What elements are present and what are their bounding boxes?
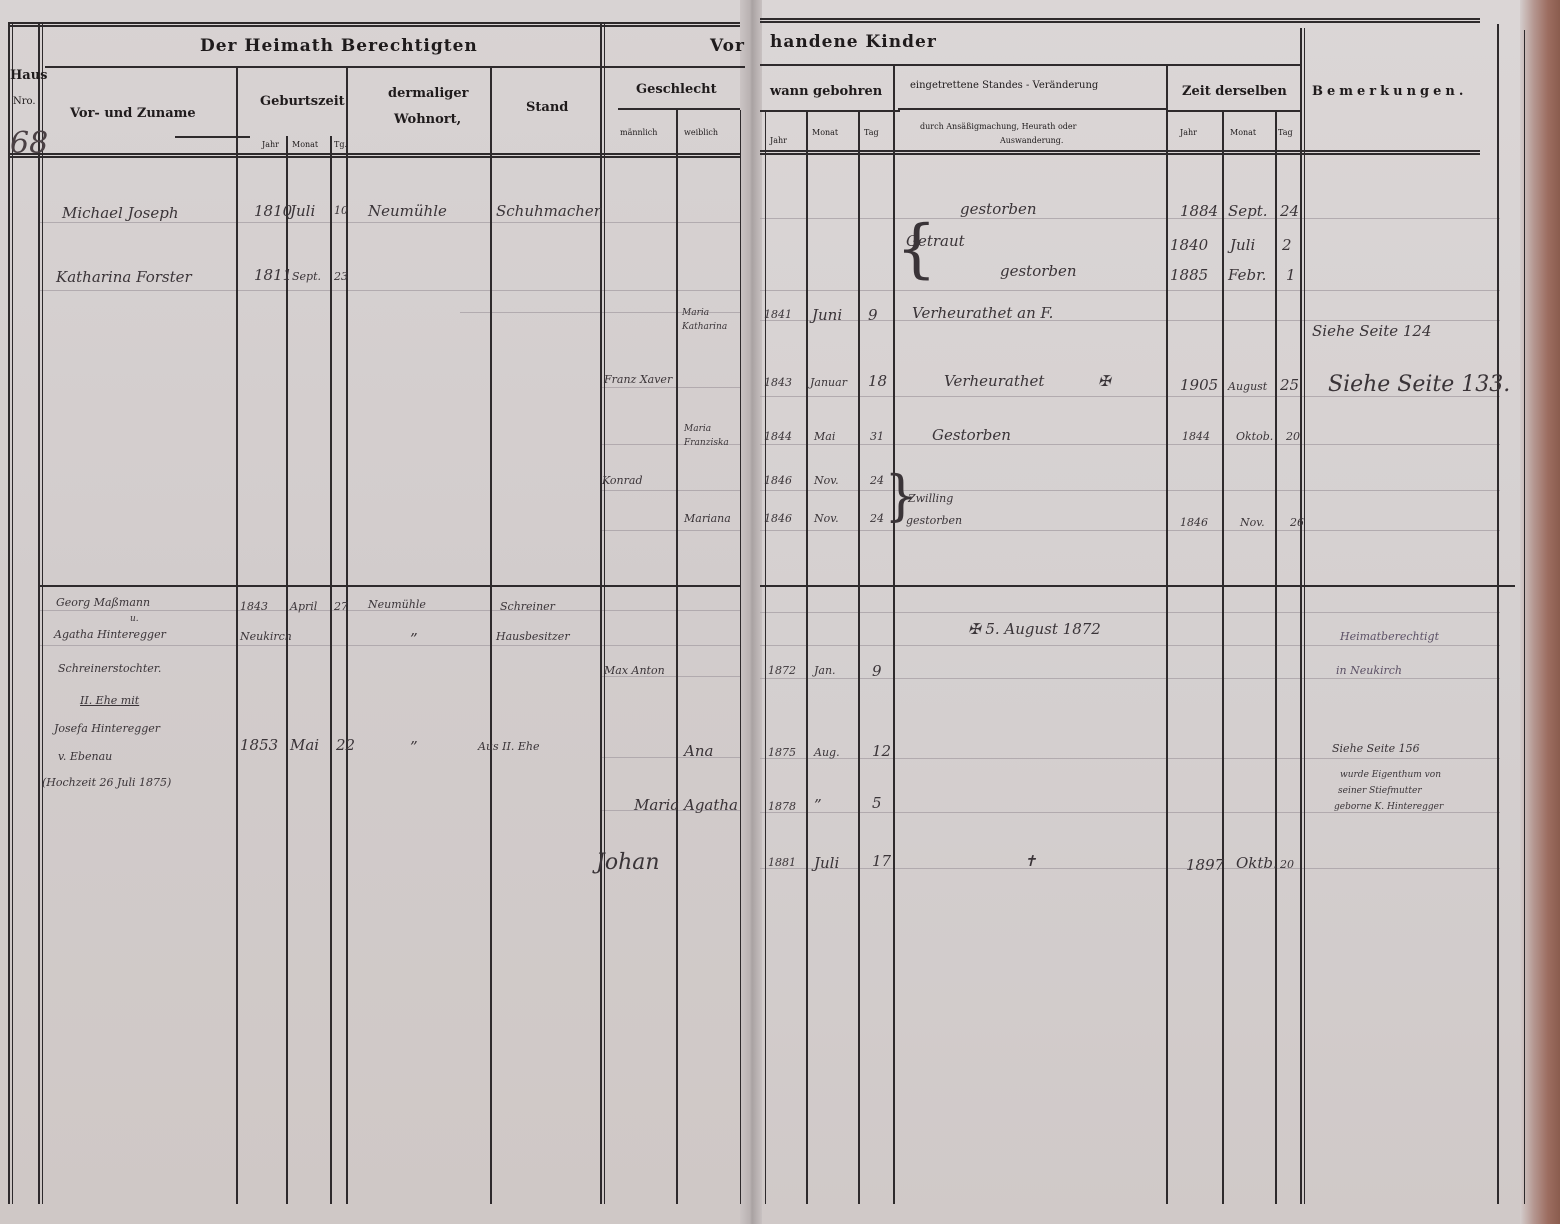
col-child-month: Monat [812, 128, 838, 137]
book-edge [1520, 0, 1560, 1224]
col-change-time: Zeit derselben [1182, 84, 1287, 99]
child-female: Mariana [684, 512, 731, 525]
birth-divider [175, 136, 250, 138]
col-residence-1: dermaliger [388, 86, 468, 101]
ruling [760, 758, 1500, 759]
child2-change-day: 20 [1280, 858, 1294, 871]
ruling [760, 530, 1500, 531]
col-birth-day: Tg. [334, 140, 347, 149]
col-border [1166, 64, 1168, 1204]
entry2-remarks-line: in Neukirch [1336, 664, 1402, 677]
entry-status: Schuhmacher [496, 202, 601, 220]
child-female: Maria Katharina [682, 306, 740, 334]
child-change: Verheurathet [944, 372, 1044, 390]
entry-residence: Neumühle [368, 202, 447, 220]
child-year: 1846 [764, 512, 792, 525]
col-border [8, 24, 13, 1204]
wife2-year: 1853 [240, 736, 278, 754]
entry2-status-line: Schreiner [500, 600, 555, 613]
wife2-status: Aus II. Ehe [478, 740, 539, 753]
child-day: 24 [870, 474, 884, 487]
section-divider [40, 585, 740, 587]
ruling [40, 645, 740, 646]
col-border [1300, 28, 1305, 1204]
child2-year: 1875 [768, 746, 796, 759]
entry-married-note: Getraut [906, 232, 965, 250]
col-border [236, 66, 238, 1204]
child2-year: 1881 [768, 856, 796, 869]
col-change: eingetrettene Standes - Veränderung [910, 80, 1098, 91]
child-male: Konrad [602, 474, 643, 487]
col-status: Stand [526, 100, 568, 115]
entry-married-day: 2 [1282, 236, 1292, 254]
col-border [490, 66, 492, 1204]
col-border [600, 24, 605, 1204]
col-female: weiblich [684, 128, 718, 137]
entry-change-day: 24 [1280, 202, 1299, 220]
entry-day: 10 [334, 204, 348, 217]
col-change-year: Jahr [1180, 128, 1197, 137]
child-year: 1846 [764, 474, 792, 487]
entry2-name-line: Georg Maßmann [56, 596, 150, 609]
ruling [40, 222, 740, 223]
child-change-day: 26 [1290, 516, 1304, 529]
right-group-title-part1: Vor [710, 36, 745, 56]
house-number: 68 [10, 126, 48, 161]
col-border [1524, 30, 1525, 1204]
ruling [600, 757, 740, 758]
col-change-day: Tag [1278, 128, 1293, 137]
ruling [760, 678, 1500, 679]
col-border [1222, 112, 1224, 1204]
entry2-name-line: Josefa Hinteregger [54, 722, 160, 735]
child-change-year: 1905 [1180, 376, 1218, 394]
entry-name: Michael Joseph [62, 204, 178, 222]
child2-change-month: Oktb. [1236, 854, 1278, 872]
entry-year: 1810 [254, 202, 292, 220]
entry2-death-note: ✠ 5. August 1872 [968, 620, 1101, 638]
left-group-title: Der Heimath Berechtigten [200, 36, 478, 56]
col-border [1497, 24, 1499, 1204]
child2-male: Johan [596, 850, 660, 875]
child2-day: 17 [872, 852, 891, 870]
child2-day: 12 [872, 742, 891, 760]
child-female: Maria Franziska [684, 422, 742, 450]
ruling [760, 868, 1500, 869]
entry-change: gestorben [1000, 262, 1077, 280]
col-border [38, 24, 43, 1204]
col-border [765, 110, 766, 1204]
child-cross: ✠ [1098, 372, 1111, 390]
entry-change-month: Sept. [1228, 202, 1268, 220]
child2-month: Jan. [814, 664, 836, 677]
time-divider [1166, 110, 1302, 112]
child-remarks: Siehe Seite 133. [1328, 372, 1510, 397]
col-sex: Geschlecht [636, 82, 717, 97]
col-birth: Geburtszeit [260, 94, 345, 109]
child-day: 31 [870, 430, 884, 443]
child2-day: 5 [872, 794, 882, 812]
child-change: gestorben [906, 514, 962, 527]
header-top-border [760, 18, 1480, 23]
col-child-year: Jahr [770, 136, 787, 145]
child2-change-year: 1897 [1186, 856, 1224, 874]
col-border [893, 64, 895, 1204]
col-name: Vor- und Zuname [70, 106, 196, 121]
child-change-day: 25 [1280, 376, 1299, 394]
entry2-year: 1843 [240, 600, 268, 613]
entry2-name-line: v. Ebenau [58, 750, 112, 763]
entry-married-year: 1840 [1170, 236, 1208, 254]
header-bottom-border [8, 153, 740, 158]
ruling [760, 490, 1500, 491]
wife2-residence: ” [410, 738, 418, 756]
col-border [858, 110, 860, 1204]
entry-month: Sept. [292, 270, 321, 283]
child-male: Franz Xaver [604, 372, 674, 388]
wife2-day: 22 [336, 736, 355, 754]
col-border [346, 66, 348, 1204]
col-border [286, 136, 288, 1204]
child2-day: 9 [872, 662, 882, 680]
col-border [740, 110, 741, 1204]
col-birth-year: Jahr [262, 140, 279, 149]
wife2-month: Mai [290, 736, 319, 754]
child-month: Nov. [814, 474, 839, 487]
child-change-year: 1844 [1182, 430, 1210, 443]
child2-month: Juli [814, 854, 839, 872]
entry-month: Juli [290, 202, 315, 220]
child-year: 1843 [764, 376, 792, 389]
entry2-day: 27 [334, 600, 348, 613]
col-border [1275, 112, 1277, 1204]
entry2-residence-ditto: ” [410, 630, 418, 648]
col-change-month: Monat [1230, 128, 1256, 137]
book-spine [740, 0, 762, 1224]
child-day: 18 [868, 372, 887, 390]
child-change-month: August [1228, 380, 1267, 393]
ruling [760, 218, 1500, 219]
entry-year: 1811 [254, 266, 292, 284]
ruling [760, 812, 1500, 813]
col-border [676, 110, 678, 1204]
entry-change: gestorben [960, 200, 1037, 218]
child-change: Zwilling [908, 492, 953, 505]
child2-year: 1872 [768, 664, 796, 677]
left-page [0, 0, 752, 1224]
change-divider [898, 108, 1166, 110]
child2-remarks-line: seiner Stiefmutter [1338, 786, 1422, 796]
entry2-birthplace: Neukirch [240, 630, 292, 643]
child-change-year: 1846 [1180, 516, 1208, 529]
col-change-sub-1: durch Ansäßigmachung, Heurath oder [920, 122, 1076, 131]
col-birth-month: Monat [292, 140, 318, 149]
header-sub-border [45, 66, 745, 68]
ruling [760, 290, 1500, 291]
child-change: Verheurathet an F. [912, 304, 1053, 322]
entry-married-month: Juli [1230, 236, 1255, 254]
col-born-when: wann gebohren [770, 84, 882, 99]
child-change: Gestorben [932, 426, 1011, 444]
ruling [40, 290, 740, 291]
child-year: 1844 [764, 430, 792, 443]
child-month: Nov. [814, 512, 839, 525]
entry2-name-line: Schreinerstochter. [58, 662, 161, 675]
header-top-border [8, 22, 740, 27]
child2-year: 1878 [768, 800, 796, 813]
nro-label: Nro. [13, 96, 36, 107]
child-change-month: Nov. [1240, 516, 1265, 529]
child-month: Juni [812, 306, 842, 324]
col-child-day: Tag [864, 128, 879, 137]
sex-divider [618, 108, 740, 110]
child2-male: Max Anton [604, 664, 665, 677]
entry2-name-line: (Hochzeit 26 Juli 1875) [42, 776, 171, 789]
child-day: 24 [870, 512, 884, 525]
child2-remarks-line: geborne K. Hinteregger [1334, 802, 1443, 812]
ruling [760, 645, 1500, 646]
child2-female: Ana [684, 742, 713, 760]
entry2-status-line: Hausbesitzer [496, 630, 570, 643]
child-month: Mai [814, 430, 835, 443]
child2-remarks-line: Siehe Seite 156 [1332, 742, 1420, 755]
col-remarks: Bemerkungen. [1312, 84, 1467, 99]
child-remarks: Siehe Seite 124 [1312, 322, 1432, 340]
entry2-name-line: u. [130, 614, 139, 624]
ruling [760, 444, 1500, 445]
entry-change-year: 1885 [1170, 266, 1208, 284]
child2-month: Aug. [814, 746, 840, 759]
section-divider [760, 585, 1515, 587]
col-residence-2: Wohnort, [394, 112, 461, 127]
col-border [806, 110, 808, 1204]
ruling [600, 490, 740, 491]
entry2-month: April [290, 600, 317, 613]
haus-label: Haus [10, 68, 47, 83]
entry-change-month: Febr. [1228, 266, 1266, 284]
col-border [330, 136, 332, 1204]
entry2-name-line: II. Ehe mit [80, 694, 139, 707]
entry2-residence: Neumühle [368, 598, 426, 611]
child-month: Januar [810, 376, 847, 389]
child-day: 9 [868, 306, 878, 324]
child2-remarks-line: wurde Eigenthum von [1340, 770, 1441, 780]
entry-name: Katharina Forster [56, 268, 192, 286]
right-group-title-part2: handene Kinder [770, 32, 937, 52]
child2-month: ” [814, 796, 822, 814]
header-bottom-border [760, 150, 1480, 155]
ruling [600, 530, 740, 531]
entry-day: 23 [334, 270, 348, 283]
entry2-remarks-line: Heimatberechtigt [1340, 630, 1439, 643]
col-male: männlich [620, 128, 657, 137]
child-change-day: 20 [1286, 430, 1300, 443]
header-sub-border [760, 64, 1300, 66]
entry-change-day: 1 [1286, 266, 1296, 284]
entry-change-year: 1884 [1180, 202, 1218, 220]
born-divider [760, 110, 900, 112]
ruling [760, 612, 1500, 613]
col-change-sub-2: Auswanderung. [1000, 136, 1063, 145]
child-year: 1841 [764, 308, 792, 321]
entry2-name-line: Agatha Hinteregger [54, 628, 166, 641]
child2-change: ✝ [1024, 852, 1037, 870]
child-change-month: Oktob. [1236, 430, 1273, 443]
child2-female: Maria Agatha [634, 796, 738, 814]
